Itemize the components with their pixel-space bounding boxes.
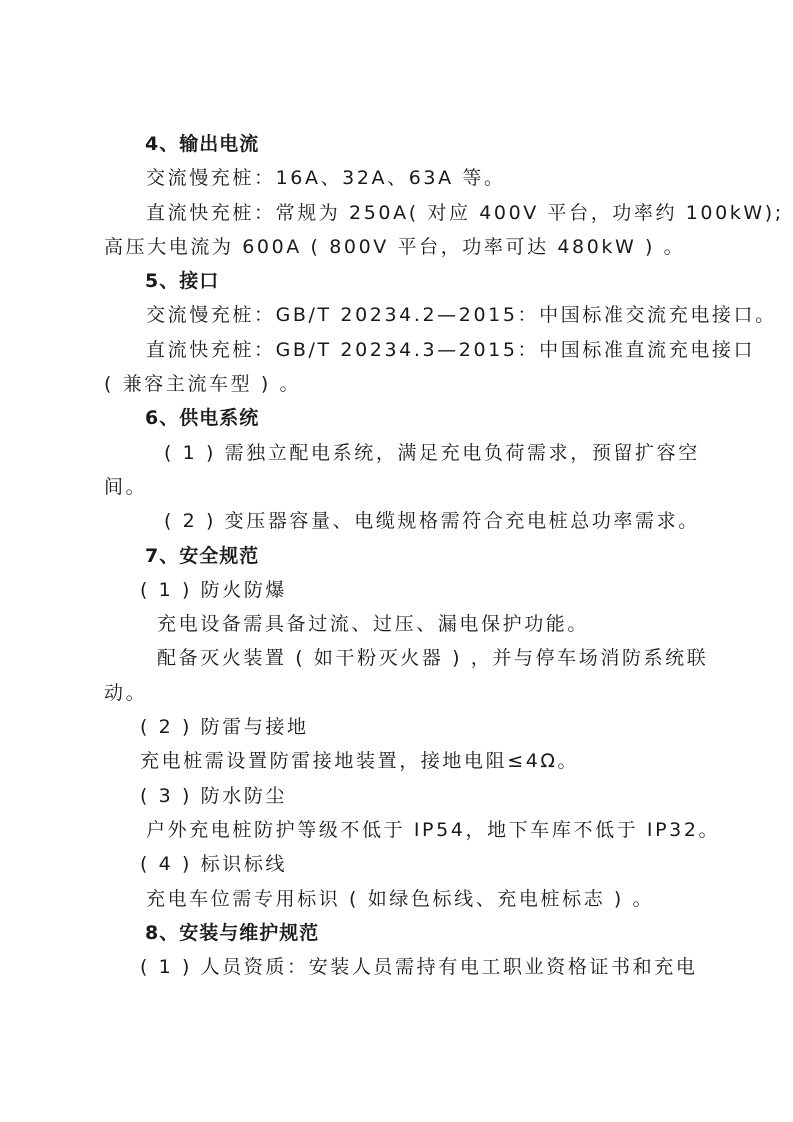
paragraph-line: 间。 [104, 470, 698, 504]
paragraph-line: ( 1 ) 人员资质：安装人员需持有电工职业资格证书和充电 [104, 950, 698, 984]
sub-heading: ( 4 ) 标识标线 [104, 847, 698, 881]
paragraph-line: 充电车位需专用标识 ( 如绿色标线、充电桩标志 ) 。 [104, 882, 698, 916]
paragraph-line: 高压大电流为 600A ( 800V 平台，功率可达 480kW ) 。 [104, 230, 698, 264]
section-heading-power-supply: 6、供电系统 [104, 401, 698, 435]
section-heading-installation: 8、安装与维护规范 [104, 916, 698, 950]
paragraph-line: 户外充电桩防护等级不低于 IP54，地下车库不低于 IP32。 [104, 813, 698, 847]
paragraph-line: 充电设备需具备过流、过压、漏电保护功能。 [104, 607, 698, 641]
sub-heading: ( 2 ) 防雷与接地 [104, 710, 698, 744]
section-heading-safety: 7、安全规范 [104, 539, 698, 573]
paragraph-line: 直流快充桩：GB/T 20234.3—2015：中国标准直流充电接口 [104, 333, 698, 367]
paragraph-line: 交流慢充桩：GB/T 20234.2—2015：中国标准交流充电接口。 [104, 298, 698, 332]
paragraph-line: 配备灭火装置 ( 如干粉灭火器 ) ，并与停车场消防系统联 [104, 641, 698, 675]
paragraph-line: 交流慢充桩：16A、32A、63A 等。 [104, 161, 698, 195]
paragraph-line: ( 1 ) 需独立配电系统，满足充电负荷需求，预留扩容空 [104, 436, 698, 470]
sub-heading: ( 1 ) 防火防爆 [104, 573, 698, 607]
paragraph-line: 动。 [104, 676, 698, 710]
document-page: 4、输出电流 交流慢充桩：16A、32A、63A 等。 直流快充桩：常规为 25… [104, 127, 698, 984]
section-heading-output-current: 4、输出电流 [104, 127, 698, 161]
paragraph-line: 直流快充桩：常规为 250A( 对应 400V 平台，功率约 100kW); [104, 196, 698, 230]
sub-heading: ( 3 ) 防水防尘 [104, 779, 698, 813]
paragraph-line: ( 2 ) 变压器容量、电缆规格需符合充电桩总功率需求。 [104, 504, 698, 538]
paragraph-line: 充电桩需设置防雷接地装置，接地电阻≤4Ω。 [104, 744, 698, 778]
section-heading-interface: 5、接口 [104, 264, 698, 298]
paragraph-line: ( 兼容主流车型 ) 。 [104, 367, 698, 401]
